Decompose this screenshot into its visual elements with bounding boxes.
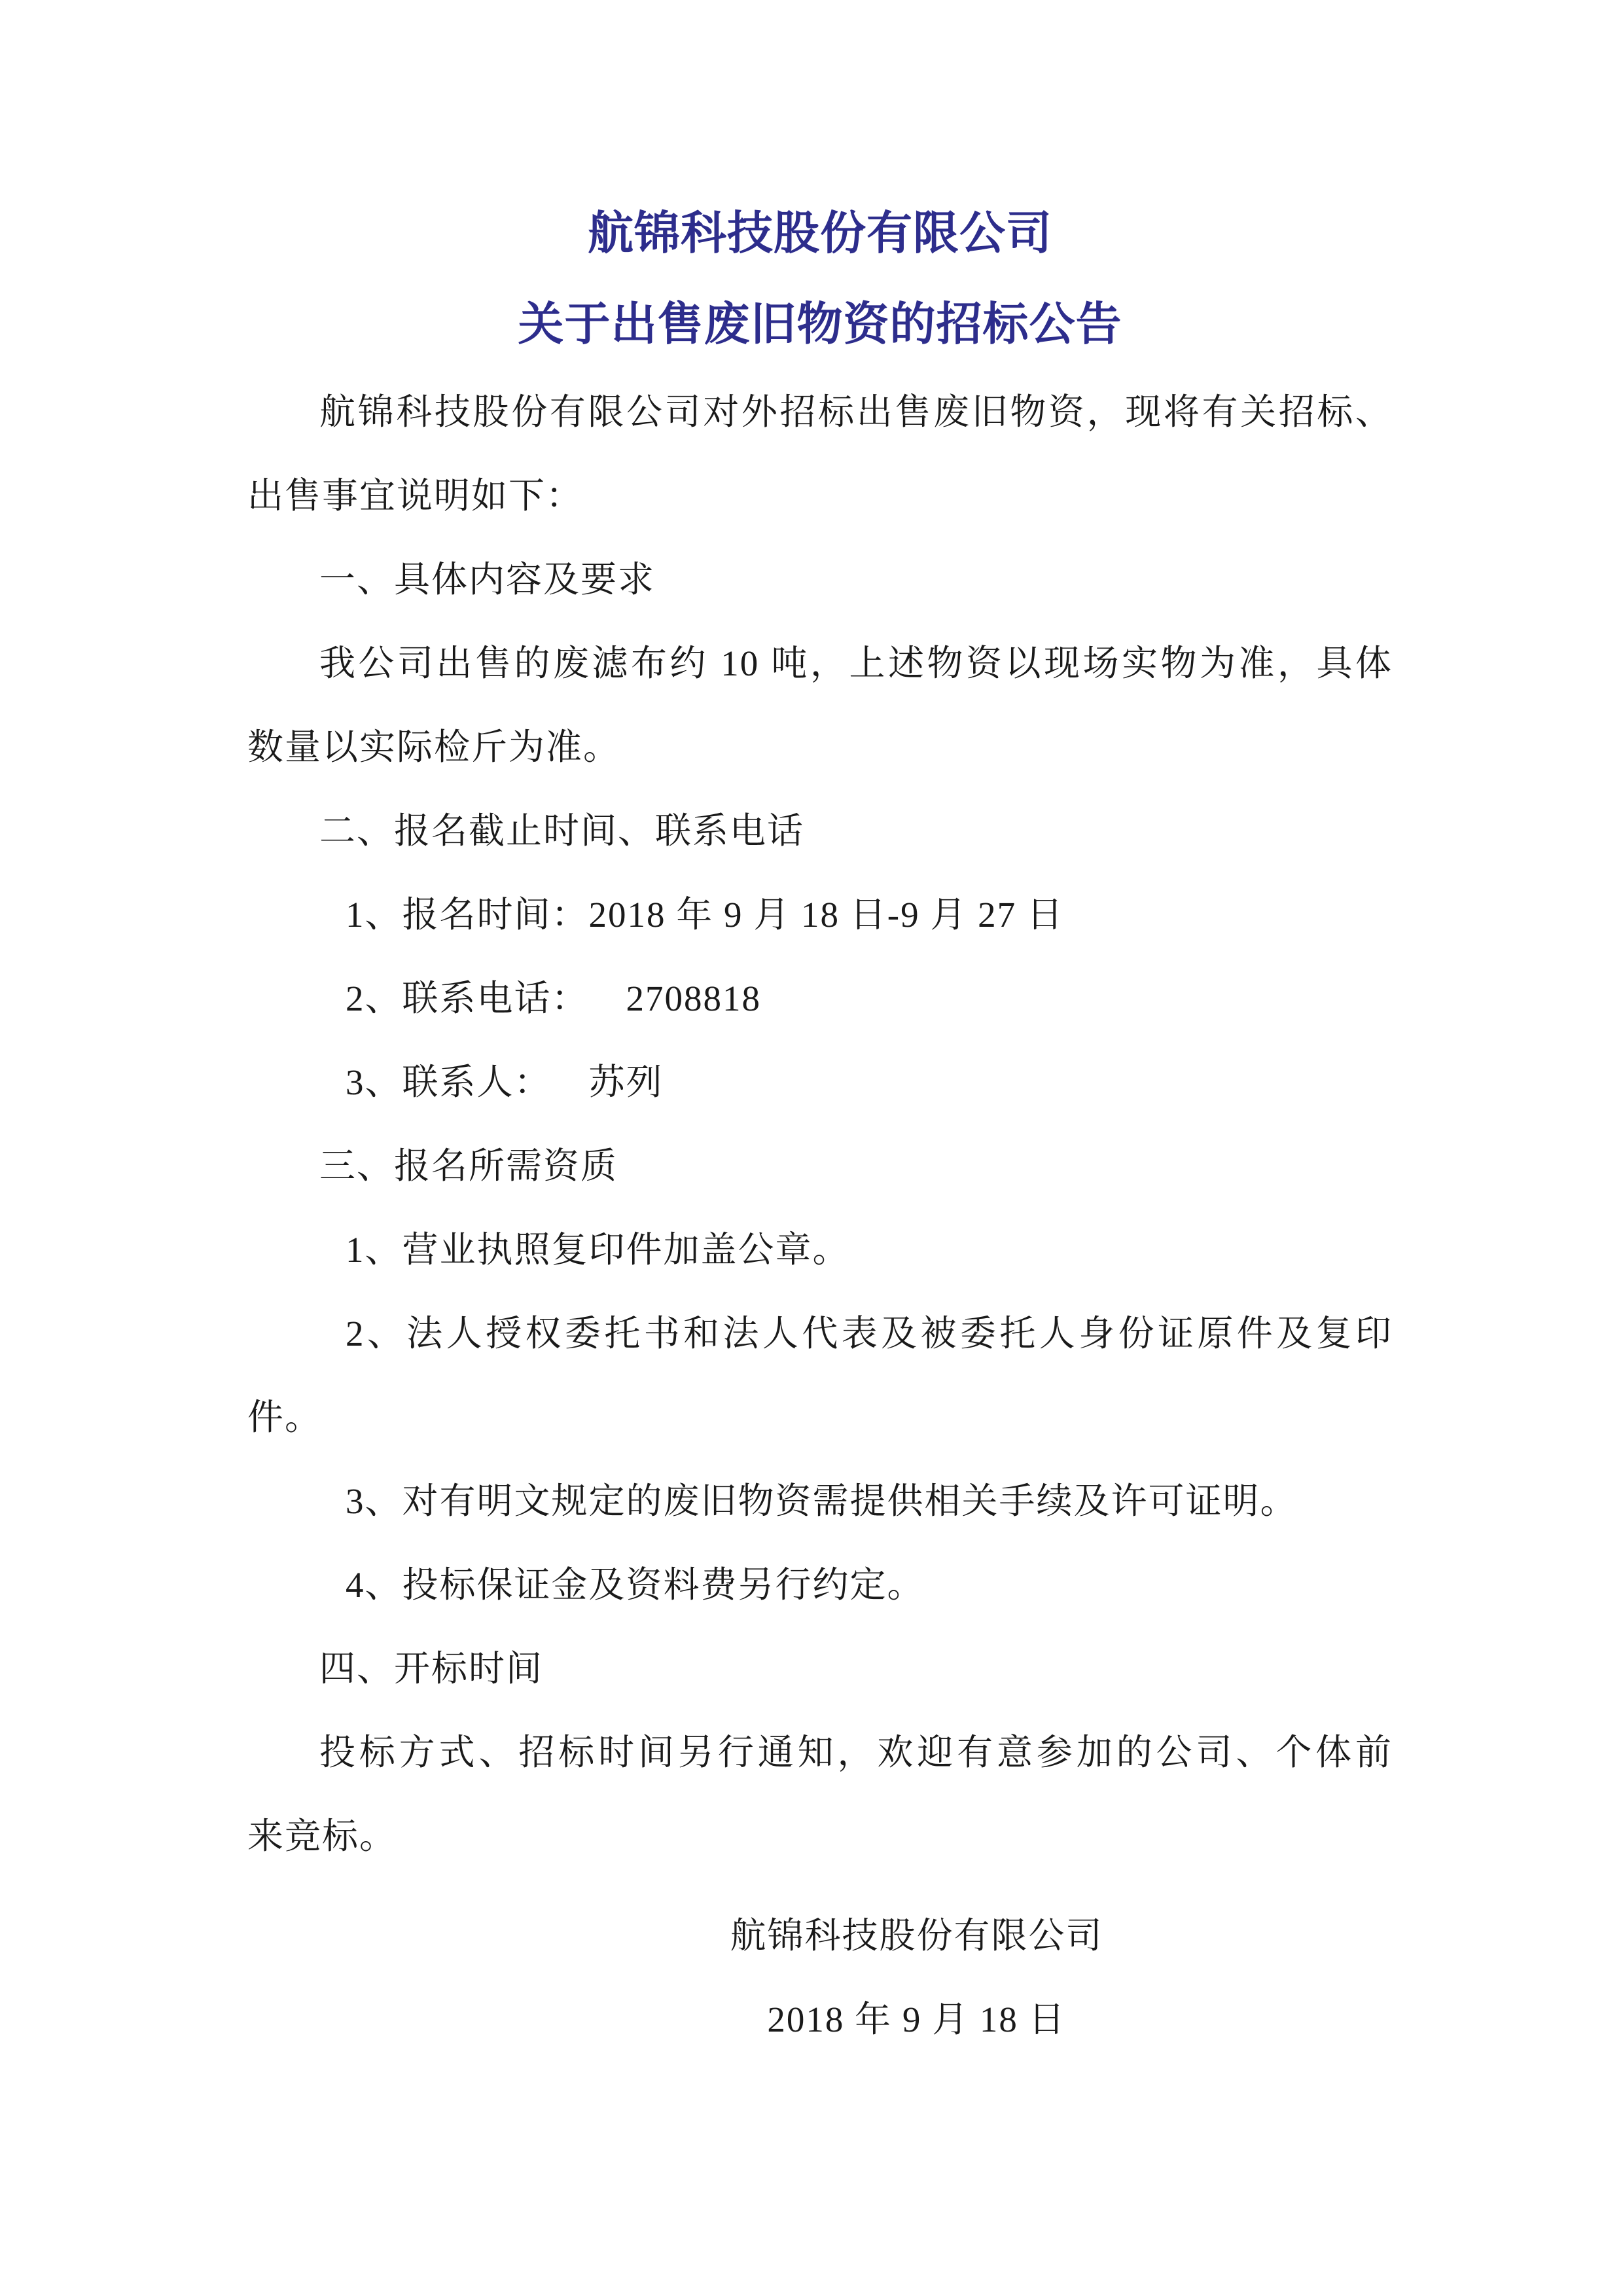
section-heading-4: 四、开标时间 [247, 1627, 1393, 1711]
document-page: 航锦科技股份有限公司 关于出售废旧物资的招标公告 航锦科技股份有限公司对外招标出… [0, 0, 1623, 2296]
signature-company: 航锦科技股份有限公司 [247, 1894, 1393, 1978]
section-3-item-4: 4、投标保证金及资料费另行约定。 [247, 1543, 1393, 1627]
section-heading-1: 一、具体内容及要求 [247, 538, 1393, 622]
section-3-item-2-line-1: 2、法人授权委托书和法人代表及被委托人身份证原件及复印 [247, 1292, 1393, 1376]
document-content: 航锦科技股份有限公司 关于出售废旧物资的招标公告 航锦科技股份有限公司对外招标出… [247, 0, 1393, 2062]
section-2-item-1: 1、报名时间：2018 年 9 月 18 日-9 月 27 日 [247, 873, 1393, 957]
section-3-item-1: 1、营业执照复印件加盖公章。 [247, 1208, 1393, 1292]
document-subtitle: 关于出售废旧物资的招标公告 [247, 279, 1393, 370]
section-3-item-3: 3、对有明文规定的废旧物资需提供相关手续及许可证明。 [247, 1460, 1393, 1543]
section-heading-3: 三、报名所需资质 [247, 1124, 1393, 1208]
section-2-item-3: 3、联系人： 苏列 [247, 1041, 1393, 1124]
paragraph-intro-line-2: 出售事宜说明如下： [247, 454, 1393, 538]
signature-date: 2018 年 9 月 18 日 [247, 1978, 1393, 2062]
section-4-body-line-2: 来竞标。 [247, 1795, 1393, 1878]
section-1-body-line-2: 数量以实际检斤为准。 [247, 706, 1393, 789]
section-heading-2: 二、报名截止时间、联系电话 [247, 789, 1393, 873]
paragraph-intro-line-1: 航锦科技股份有限公司对外招标出售废旧物资，现将有关招标、 [247, 370, 1393, 454]
document-title: 航锦科技股份有限公司 [247, 188, 1393, 279]
section-2-item-2: 2、联系电话： 2708818 [247, 957, 1393, 1041]
section-4-body-line-1: 投标方式、招标时间另行通知，欢迎有意参加的公司、个体前 [247, 1711, 1393, 1795]
section-3-item-2-line-2: 件。 [247, 1376, 1393, 1460]
section-1-body-line-1: 我公司出售的废滤布约 10 吨，上述物资以现场实物为准，具体 [247, 622, 1393, 706]
